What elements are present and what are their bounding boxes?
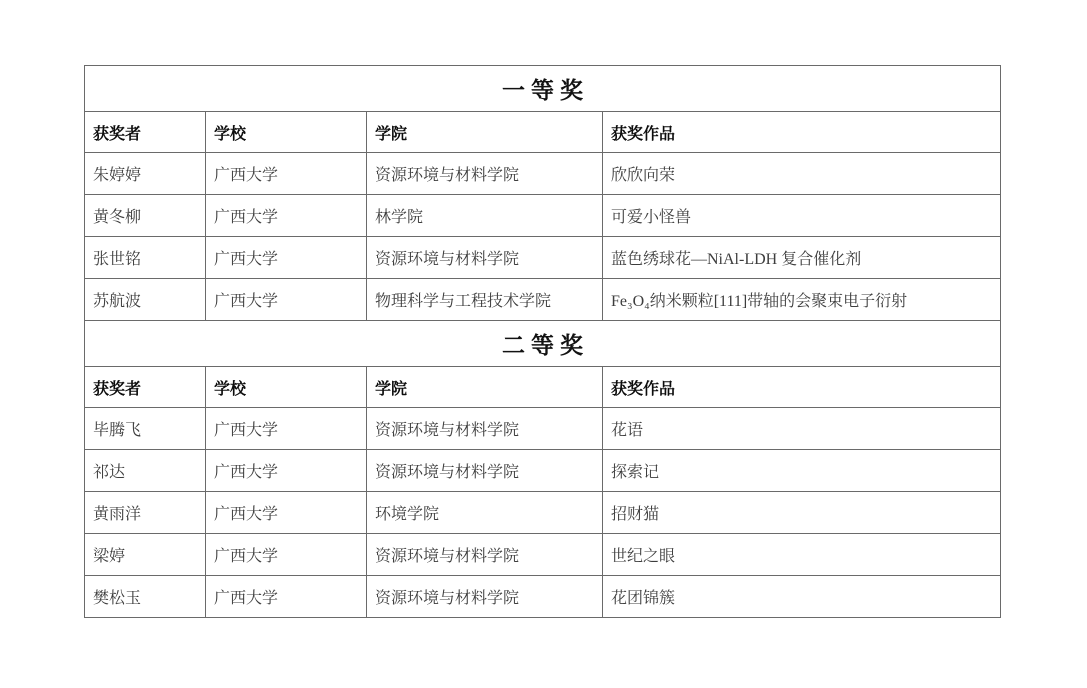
college-name-cell: 资源环境与材料学院 bbox=[367, 408, 603, 450]
prize-section-row: 一等奖 bbox=[85, 66, 1001, 112]
table-row: 张世铭广西大学资源环境与材料学院蓝色绣球花—NiAl-LDH 复合催化剂 bbox=[85, 237, 1001, 279]
school-name-cell: 广西大学 bbox=[206, 534, 367, 576]
work-title-cell: 世纪之眼 bbox=[603, 534, 1001, 576]
school-name-cell: 广西大学 bbox=[206, 237, 367, 279]
winner-name-cell: 祁达 bbox=[85, 450, 206, 492]
column-header: 学校 bbox=[206, 367, 367, 408]
prize-section-row: 二等奖 bbox=[85, 321, 1001, 367]
table-row: 黄冬柳广西大学林学院可爱小怪兽 bbox=[85, 195, 1001, 237]
work-title-cell: Fe₃O₄纳米颗粒[111]带轴的会聚束电子衍射 bbox=[603, 279, 1001, 321]
column-header-row: 获奖者学校学院获奖作品 bbox=[85, 367, 1001, 408]
college-name-cell: 物理科学与工程技术学院 bbox=[367, 279, 603, 321]
school-name-cell: 广西大学 bbox=[206, 153, 367, 195]
winner-name-cell: 黄雨洋 bbox=[85, 492, 206, 534]
table-row: 毕腾飞广西大学资源环境与材料学院花语 bbox=[85, 408, 1001, 450]
document-page: 一等奖获奖者学校学院获奖作品朱婷婷广西大学资源环境与材料学院欣欣向荣黄冬柳广西大… bbox=[0, 0, 1087, 688]
school-name-cell: 广西大学 bbox=[206, 279, 367, 321]
prize-section-title: 二等奖 bbox=[85, 321, 1001, 367]
prize-section-title: 一等奖 bbox=[85, 66, 1001, 112]
table-row: 梁婷广西大学资源环境与材料学院世纪之眼 bbox=[85, 534, 1001, 576]
winner-name-cell: 梁婷 bbox=[85, 534, 206, 576]
column-header: 获奖者 bbox=[85, 112, 206, 153]
column-header: 学院 bbox=[367, 367, 603, 408]
table-row: 祁达广西大学资源环境与材料学院探索记 bbox=[85, 450, 1001, 492]
college-name-cell: 资源环境与材料学院 bbox=[367, 576, 603, 618]
school-name-cell: 广西大学 bbox=[206, 576, 367, 618]
work-title-cell: 花语 bbox=[603, 408, 1001, 450]
column-header-row: 获奖者学校学院获奖作品 bbox=[85, 112, 1001, 153]
school-name-cell: 广西大学 bbox=[206, 492, 367, 534]
work-title-cell: 探索记 bbox=[603, 450, 1001, 492]
winner-name-cell: 黄冬柳 bbox=[85, 195, 206, 237]
work-title-cell: 可爱小怪兽 bbox=[603, 195, 1001, 237]
work-title-cell: 招财猫 bbox=[603, 492, 1001, 534]
column-header: 学校 bbox=[206, 112, 367, 153]
awards-table: 一等奖获奖者学校学院获奖作品朱婷婷广西大学资源环境与材料学院欣欣向荣黄冬柳广西大… bbox=[84, 65, 1001, 618]
winner-name-cell: 毕腾飞 bbox=[85, 408, 206, 450]
winner-name-cell: 苏航波 bbox=[85, 279, 206, 321]
column-header: 获奖作品 bbox=[603, 367, 1001, 408]
college-name-cell: 林学院 bbox=[367, 195, 603, 237]
school-name-cell: 广西大学 bbox=[206, 195, 367, 237]
table-row: 苏航波广西大学物理科学与工程技术学院Fe₃O₄纳米颗粒[111]带轴的会聚束电子… bbox=[85, 279, 1001, 321]
column-header: 获奖者 bbox=[85, 367, 206, 408]
winner-name-cell: 张世铭 bbox=[85, 237, 206, 279]
table-row: 樊松玉广西大学资源环境与材料学院花团锦簇 bbox=[85, 576, 1001, 618]
table-row: 朱婷婷广西大学资源环境与材料学院欣欣向荣 bbox=[85, 153, 1001, 195]
college-name-cell: 资源环境与材料学院 bbox=[367, 237, 603, 279]
work-title-cell: 花团锦簇 bbox=[603, 576, 1001, 618]
college-name-cell: 资源环境与材料学院 bbox=[367, 450, 603, 492]
column-header: 学院 bbox=[367, 112, 603, 153]
work-title-cell: 欣欣向荣 bbox=[603, 153, 1001, 195]
column-header: 获奖作品 bbox=[603, 112, 1001, 153]
college-name-cell: 资源环境与材料学院 bbox=[367, 153, 603, 195]
table-row: 黄雨洋广西大学环境学院招财猫 bbox=[85, 492, 1001, 534]
college-name-cell: 环境学院 bbox=[367, 492, 603, 534]
winner-name-cell: 樊松玉 bbox=[85, 576, 206, 618]
school-name-cell: 广西大学 bbox=[206, 408, 367, 450]
work-title-cell: 蓝色绣球花—NiAl-LDH 复合催化剂 bbox=[603, 237, 1001, 279]
college-name-cell: 资源环境与材料学院 bbox=[367, 534, 603, 576]
winner-name-cell: 朱婷婷 bbox=[85, 153, 206, 195]
school-name-cell: 广西大学 bbox=[206, 450, 367, 492]
awards-table-body: 一等奖获奖者学校学院获奖作品朱婷婷广西大学资源环境与材料学院欣欣向荣黄冬柳广西大… bbox=[85, 66, 1001, 618]
